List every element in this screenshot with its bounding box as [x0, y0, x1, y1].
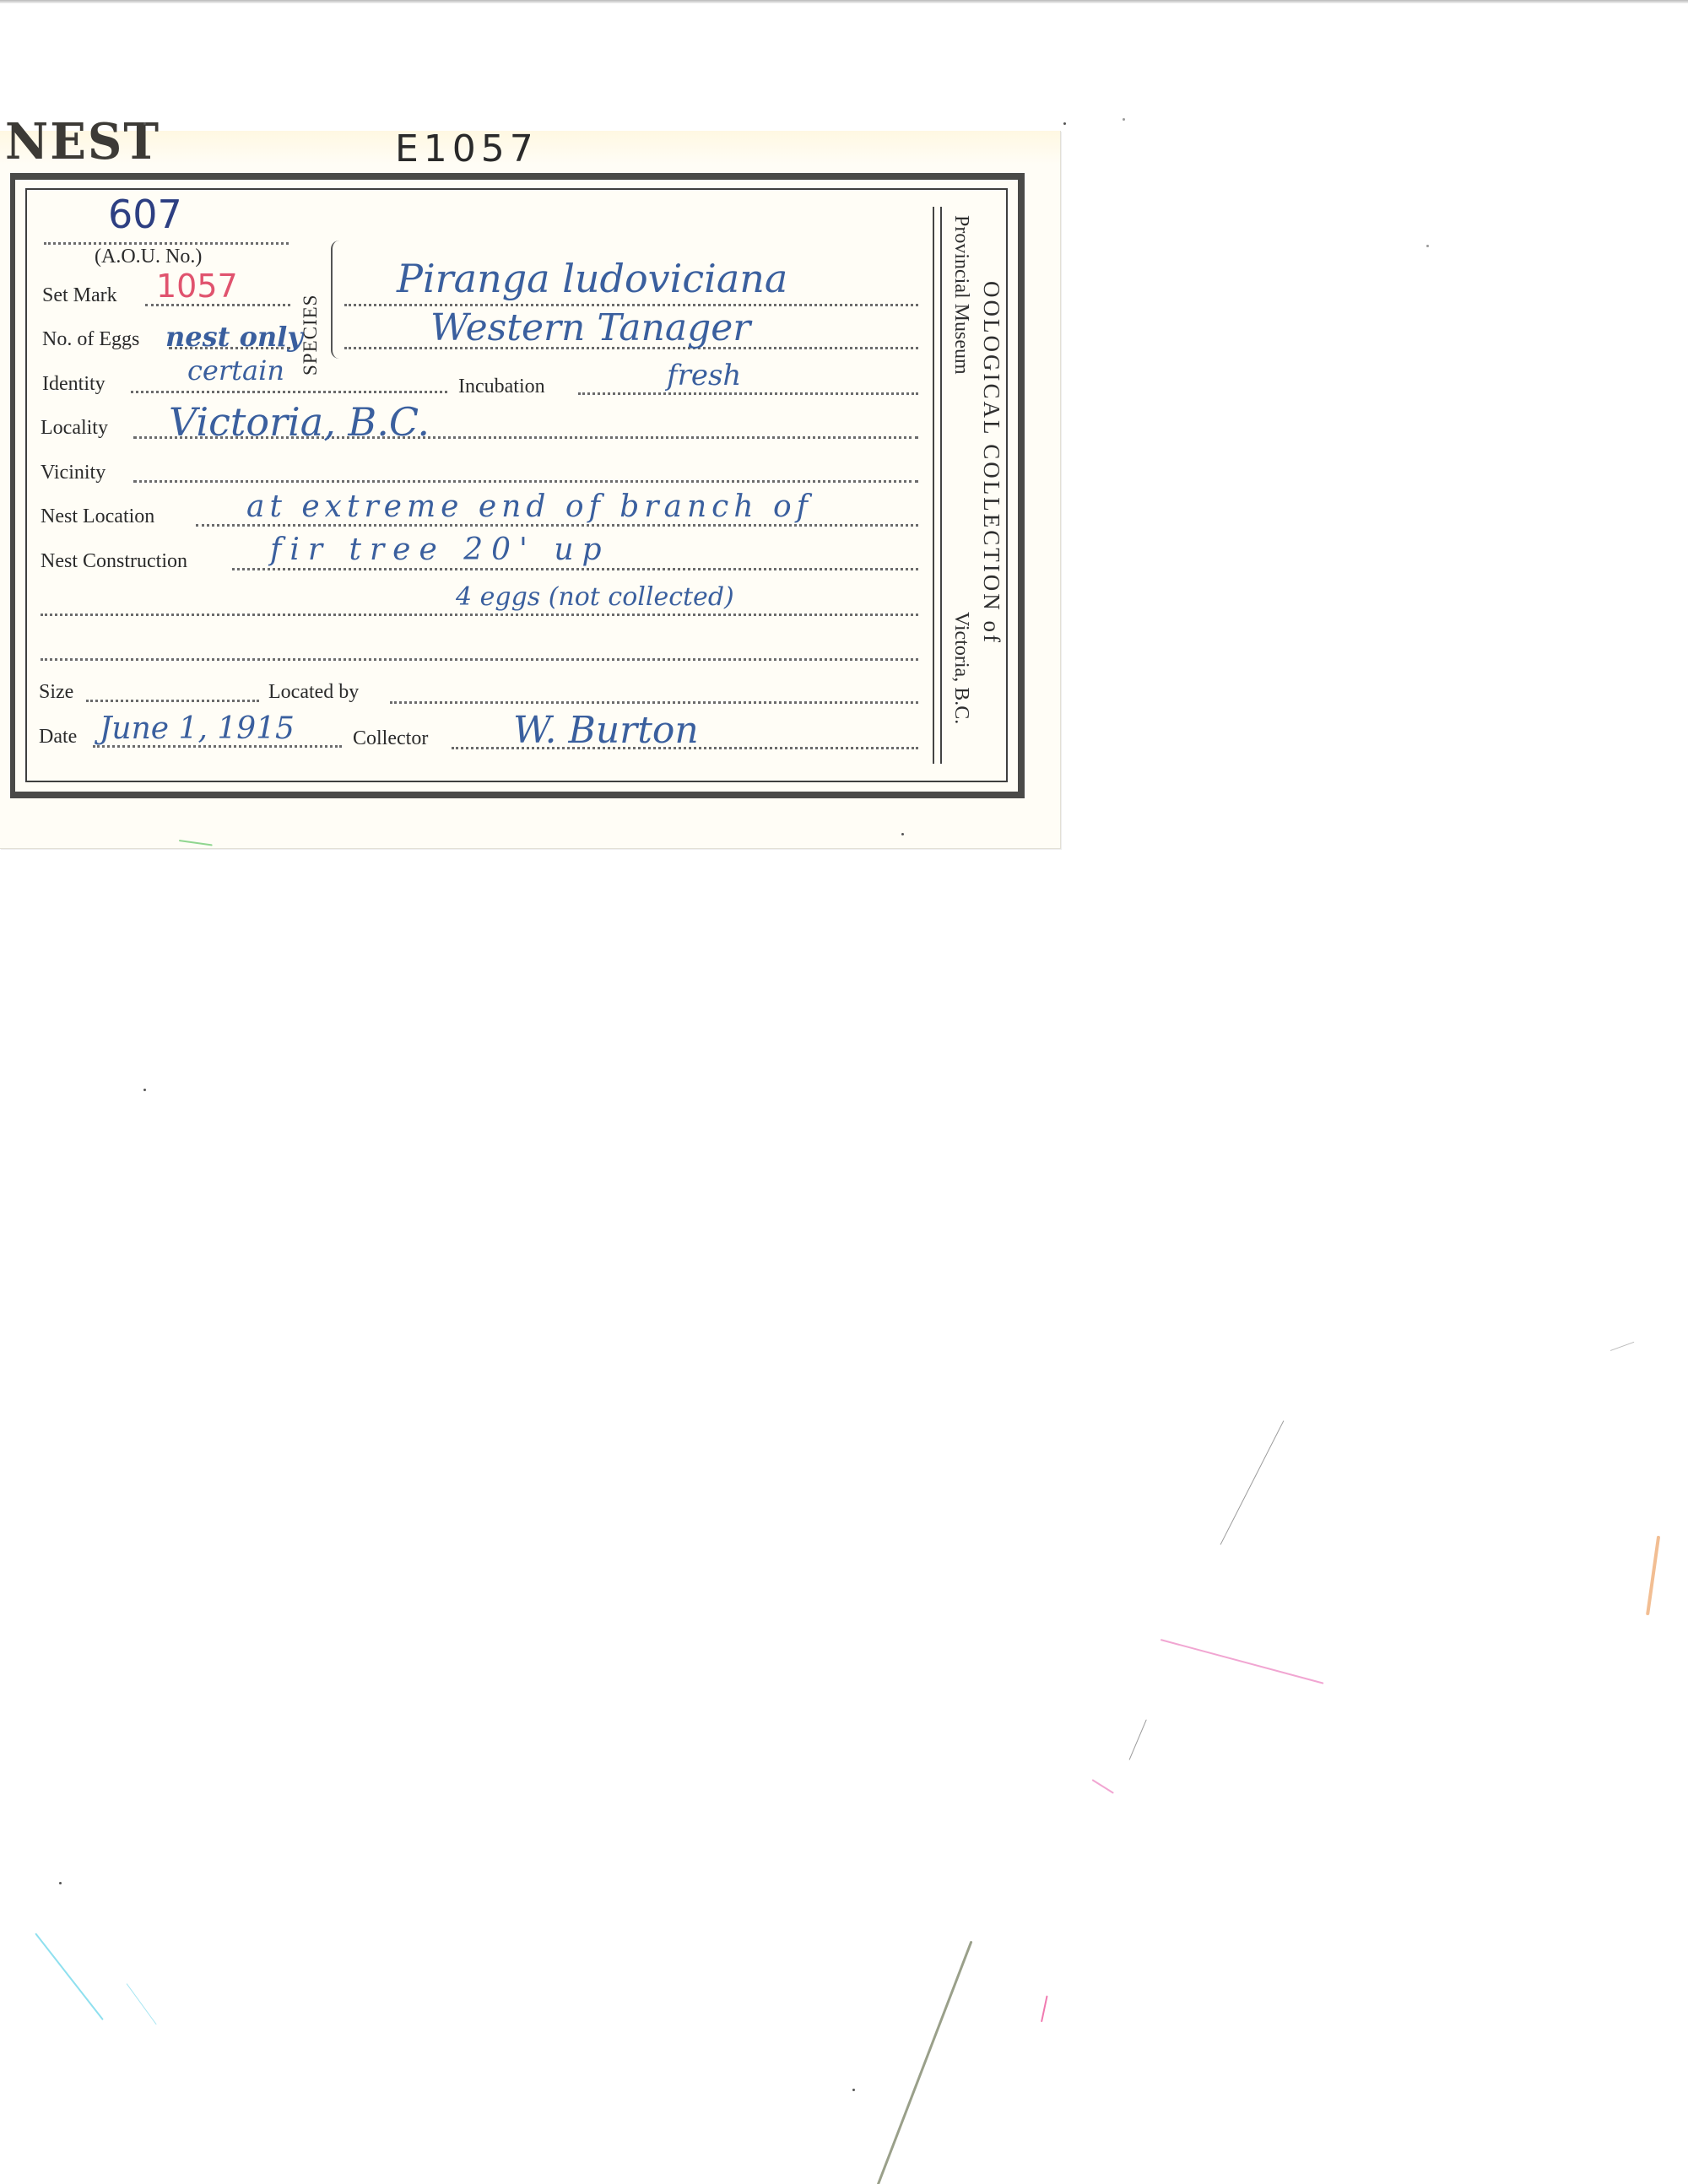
nest-location-value: at extreme end of branch of [246, 489, 813, 524]
no-of-eggs-value: nest only [165, 321, 303, 353]
stray-pencil-mark [1220, 1420, 1285, 1544]
stray-orange-mark [1646, 1536, 1660, 1616]
set-mark-label: Set Mark [42, 284, 117, 307]
stray-cyan-mark [127, 1983, 157, 2025]
background-speck [143, 1089, 146, 1091]
date-label: Date [39, 726, 77, 749]
identity-line [131, 391, 447, 393]
nest-location-label: Nest Location [41, 505, 154, 528]
background-speck [59, 1882, 62, 1884]
nest-construction-label: Nest Construction [41, 550, 187, 573]
background-speck [852, 2089, 855, 2091]
nest-record-card: NEST E1057 607 (A.O.U. No.) Set Mark 105… [0, 131, 1061, 849]
side-subtitle-location: Victoria, B.C. [949, 612, 972, 724]
stray-mark [1610, 1342, 1635, 1351]
nest-construction-value: fir tree 20' up [270, 532, 610, 567]
stray-pink-mark [1160, 1639, 1324, 1684]
stray-pencil-line [877, 1941, 973, 2184]
species-common-value: Western Tanager [430, 306, 750, 349]
vicinity-label: Vicinity [41, 462, 105, 484]
size-line [86, 700, 259, 702]
extra-line-2 [41, 658, 918, 661]
species-brace [331, 241, 341, 359]
extra-line-1 [41, 614, 918, 616]
aou-dotted-line [44, 242, 289, 245]
divider-line [933, 207, 934, 764]
aou-number-value: 607 [108, 192, 182, 237]
stray-pencil-mark [1129, 1719, 1147, 1760]
nest-construction-line [232, 568, 918, 570]
paper-speck [143, 122, 146, 125]
aou-label: (A.O.U. No.) [95, 246, 202, 268]
stray-pink-mark [1041, 1995, 1048, 2022]
identity-label: Identity [42, 373, 105, 396]
species-scientific-value: Piranga ludoviciana [397, 256, 787, 301]
side-title: OOLOGICAL COLLECTION of [978, 281, 1004, 645]
paper-speck [1063, 122, 1066, 125]
species-label: SPECIES [300, 295, 322, 376]
located-by-line [390, 701, 918, 704]
collector-value: W. Burton [513, 709, 699, 752]
extra-note-1: 4 eggs (not collected) [456, 582, 734, 612]
no-of-eggs-label: No. of Eggs [42, 328, 139, 351]
card-heading: NEST [5, 112, 160, 170]
stray-pink-mark [1091, 1779, 1114, 1794]
stray-cyan-mark [35, 1933, 104, 2020]
background-speck [1123, 118, 1125, 121]
catalog-number: E1057 [395, 127, 538, 170]
set-mark-value: 1057 [156, 268, 238, 305]
locality-label: Locality [41, 417, 108, 440]
collector-label: Collector [353, 727, 428, 750]
date-value: June 1, 1915 [100, 711, 295, 746]
divider-line [940, 207, 942, 764]
side-subtitle-museum: Provincial Museum [949, 215, 972, 375]
scan-edge [0, 0, 1688, 3]
background-speck [1426, 245, 1429, 247]
paper-speck [901, 833, 904, 835]
located-by-label: Located by [268, 681, 359, 704]
incubation-value: fresh [667, 359, 741, 392]
incubation-line [578, 392, 918, 395]
locality-value: Victoria, B.C. [169, 399, 430, 445]
nest-location-line [196, 524, 918, 527]
vicinity-line [133, 480, 918, 483]
incubation-label: Incubation [458, 376, 545, 398]
identity-value: certain [187, 354, 284, 387]
size-label: Size [39, 681, 73, 704]
